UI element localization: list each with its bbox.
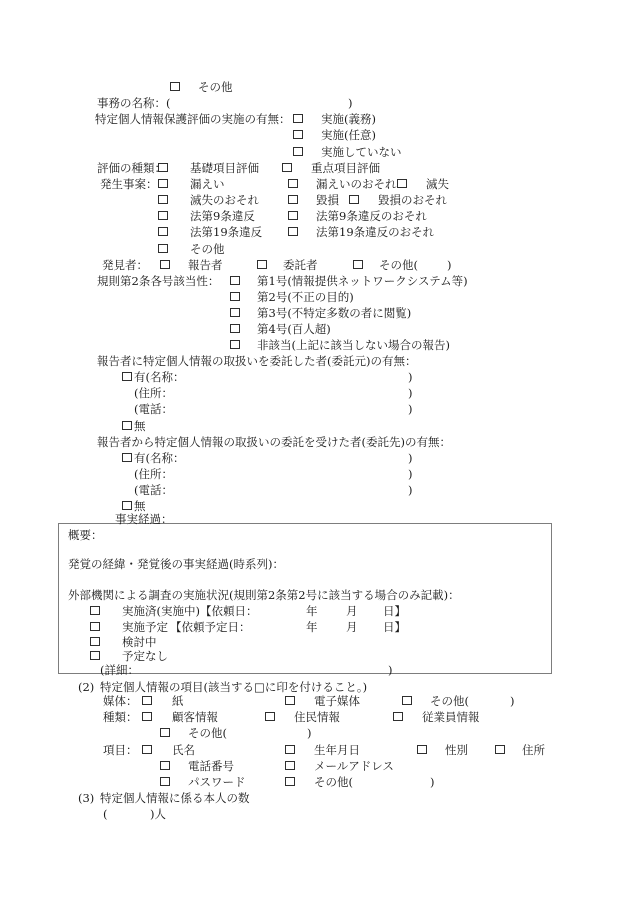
box-inv-done: 実施済(実施中)【依頼日：年月日】 xyxy=(0,604,630,618)
item-row1-text: 氏名 xyxy=(172,743,195,757)
checkbox-icon[interactable] xyxy=(158,227,168,236)
checkbox-icon[interactable] xyxy=(265,712,275,721)
incident-type-row1: 発生事案：漏えい漏えいのおそれ滅失 xyxy=(0,177,630,191)
discoverer-text: 報告者 xyxy=(188,258,223,272)
incident-report-form-page: その他事務の名称：()特定個人情報保護評価の実施の有無：実施(義務)実施(任意)… xyxy=(0,0,630,903)
incident-type-row2: 滅失のおそれ毀損毀損のおそれ xyxy=(0,193,630,207)
entrustee-no-text: 無 xyxy=(134,499,146,513)
incident-type-row1-text: 漏えい xyxy=(190,177,225,191)
checkbox-icon[interactable] xyxy=(158,195,168,204)
entrustee-yes-name-text: 有(名称： xyxy=(134,451,185,465)
box-discovery-history-text: 発覚の経緯・発覚後の事実経過(時系列)： xyxy=(68,557,284,571)
entruster-address-text: ) xyxy=(408,386,413,400)
discoverer-text: 委託者 xyxy=(283,258,318,272)
evaluation-type-text: 評価の種類： xyxy=(97,161,166,175)
box-inv-considering-text: 検討中 xyxy=(122,635,157,649)
media-row-text: ) xyxy=(510,694,515,708)
subject-count-text: )人 xyxy=(150,807,166,821)
box-inv-considering: 検討中 xyxy=(0,635,630,649)
evaluation-type-text: 重点項目評価 xyxy=(311,161,380,175)
ppe-implementation-none: 実施していない xyxy=(0,145,630,159)
ppe-implementation-mandatory: 特定個人情報保護評価の実施の有無：実施(義務) xyxy=(0,112,630,126)
subject-count-text: ( xyxy=(103,807,108,821)
rule2-applicability-2-text: 第2号(不正の目的) xyxy=(257,290,354,304)
rule2-applicability-3: 第3号(不特定多数の者に閲覧) xyxy=(0,306,630,320)
type-other-row-text: その他( xyxy=(188,726,227,740)
type-other-row: その他() xyxy=(0,726,630,740)
entrustee-address-text: (住所： xyxy=(134,467,173,481)
checkbox-icon[interactable] xyxy=(90,622,100,631)
checkbox-icon[interactable] xyxy=(122,501,132,510)
checkbox-icon[interactable] xyxy=(158,211,168,220)
entrustee-yes-name: 有(名称：) xyxy=(0,451,630,465)
box-inv-detail-text: ) xyxy=(388,663,393,677)
entrustee-heading: 報告者から特定個人情報の取扱いの委託を受けた者(委託先)の有無： xyxy=(0,435,630,449)
checkbox-icon[interactable] xyxy=(397,179,407,188)
type-row-text: 従業員情報 xyxy=(422,710,480,724)
checkbox-icon[interactable] xyxy=(158,179,168,188)
incident-type-row4-text: 法第19条違反のおそれ xyxy=(316,225,434,239)
checkbox-icon[interactable] xyxy=(288,227,298,236)
ppe-implementation-mandatory-text: 特定個人情報保護評価の実施の有無： xyxy=(95,112,291,126)
section3-heading-text: (3) xyxy=(78,791,94,805)
incident-type-row1-text: 滅失 xyxy=(426,177,449,191)
checkbox-icon[interactable] xyxy=(142,712,152,721)
rule2-applicability-1: 規則第2条各号該当性：第1号(情報提供ネットワークシステム等) xyxy=(0,274,630,288)
office-name-text: ) xyxy=(348,96,353,110)
checkbox-icon[interactable] xyxy=(90,606,100,615)
media-row-text: その他( xyxy=(430,694,469,708)
checkbox-icon[interactable] xyxy=(142,745,152,754)
entruster-address: (住所：) xyxy=(0,386,630,400)
checkbox-icon[interactable] xyxy=(122,372,132,381)
checkbox-icon[interactable] xyxy=(495,745,505,754)
entruster-phone-text: (電話： xyxy=(134,402,173,416)
checkbox-icon[interactable] xyxy=(230,292,240,301)
prev-section-other: その他 xyxy=(0,80,630,94)
box-inv-planned-text: 年 xyxy=(306,620,318,634)
media-row-text: 電子媒体 xyxy=(314,694,360,708)
section3-heading-text: 特定個人情報に係る本人の数 xyxy=(100,791,250,805)
checkbox-icon[interactable] xyxy=(257,260,267,269)
rule2-applicability-2: 第2号(不正の目的) xyxy=(0,290,630,304)
rule2-applicability-4-text: 第4号(百人超) xyxy=(257,322,331,336)
box-inv-done-text: 年 xyxy=(306,604,318,618)
incident-type-row3-text: 法第9条違反のおそれ xyxy=(316,209,427,223)
incident-type-row2-text: 毀損のおそれ xyxy=(378,193,447,207)
checkbox-icon[interactable] xyxy=(122,453,132,462)
checkbox-icon[interactable] xyxy=(288,211,298,220)
incident-type-row3-text: 法第9条違反 xyxy=(190,209,255,223)
incident-type-row4-text: 法第19条違反 xyxy=(190,225,262,239)
entruster-phone: (電話：) xyxy=(0,402,630,416)
checkbox-icon[interactable] xyxy=(160,728,170,737)
checkbox-icon[interactable] xyxy=(160,777,170,786)
box-inv-planned-text: 実施予定 xyxy=(122,620,168,634)
office-name: 事務の名称：() xyxy=(0,96,630,110)
checkbox-icon[interactable] xyxy=(353,260,363,269)
checkbox-icon[interactable] xyxy=(402,696,412,705)
type-row: 種類：顧客情報住民情報従業員情報 xyxy=(0,710,630,724)
rule2-applicability-3-text: 第3号(不特定多数の者に閲覧) xyxy=(257,306,411,320)
box-inv-none-text: 予定なし xyxy=(122,649,168,663)
box-inv-planned-text: 【依頼予定日： xyxy=(170,620,251,634)
checkbox-icon[interactable] xyxy=(170,82,180,91)
item-row1: 項目：氏名生年月日性別住所 xyxy=(0,743,630,757)
item-row1-text: 生年月日 xyxy=(314,743,360,757)
item-row3-text: パスワード xyxy=(188,775,246,789)
box-inv-planned: 実施予定【依頼予定日：年月日】 xyxy=(0,620,630,634)
office-name-text: 事務の名称：( xyxy=(97,96,171,110)
ppe-implementation-mandatory-text: 実施(義務) xyxy=(321,112,376,126)
box-external-investigation-text: 外部機関による調査の実施状況(規則第2条第2号に該当する場合のみ記載)： xyxy=(68,588,460,602)
entruster-yes-name: 有(名称：) xyxy=(0,370,630,384)
item-row1-text: 項目： xyxy=(103,743,138,757)
checkbox-icon[interactable] xyxy=(293,114,303,123)
checkbox-icon[interactable] xyxy=(285,761,295,770)
box-inv-planned-text: 月 xyxy=(346,620,358,634)
subject-count: ()人 xyxy=(0,807,630,821)
checkbox-icon[interactable] xyxy=(417,745,427,754)
incident-type-row1-text: 漏えいのおそれ xyxy=(316,177,397,191)
entruster-heading: 報告者に特定個人情報の取扱いを委託した者(委託元)の有無： xyxy=(0,354,630,368)
item-row3-text: その他( xyxy=(314,775,353,789)
rule2-applicability-4: 第4号(百人超) xyxy=(0,322,630,336)
prev-section-other-text: その他 xyxy=(198,80,233,94)
entruster-heading-text: 報告者に特定個人情報の取扱いを委託した者(委託元)の有無： xyxy=(97,354,416,368)
fact-progress-label-text: 事実経過： xyxy=(115,512,173,526)
box-inv-planned-text: 日】 xyxy=(383,620,406,634)
evaluation-type-text: 基礎項目評価 xyxy=(190,161,259,175)
ppe-implementation-optional: 実施(任意) xyxy=(0,128,630,142)
entruster-yes-name-text: ) xyxy=(408,370,413,384)
entrustee-phone-text: ) xyxy=(408,483,413,497)
item-row2-text: 電話番号 xyxy=(188,759,234,773)
box-overview-text: 概要： xyxy=(68,528,103,542)
checkbox-icon[interactable] xyxy=(158,244,168,253)
checkbox-icon[interactable] xyxy=(293,147,303,156)
checkbox-icon[interactable] xyxy=(230,340,240,349)
rule2-applicability-1-text: 規則第2条各号該当性： xyxy=(97,274,219,288)
ppe-implementation-optional-text: 実施(任意) xyxy=(321,128,376,142)
checkbox-icon[interactable] xyxy=(288,179,298,188)
discoverer: 発見者：報告者委託者その他() xyxy=(0,258,630,272)
box-inv-detail-text: (詳細： xyxy=(100,663,139,677)
checkbox-icon[interactable] xyxy=(285,745,295,754)
incident-type-row4: 法第19条違反法第19条違反のおそれ xyxy=(0,225,630,239)
entrustee-yes-name-text: ) xyxy=(408,451,413,465)
checkbox-icon[interactable] xyxy=(288,195,298,204)
box-inv-done-text: 実施済(実施中)【依頼日： xyxy=(122,604,257,618)
incident-type-row3: 法第9条違反法第9条違反のおそれ xyxy=(0,209,630,223)
section2-heading-text: 特定個人情報の項目(該当する□に印を付けること。) xyxy=(100,680,367,694)
entrustee-phone-text: (電話： xyxy=(134,483,173,497)
checkbox-icon[interactable] xyxy=(90,651,100,660)
checkbox-icon[interactable] xyxy=(160,260,170,269)
rule2-applicability-na: 非該当(上記に該当しない場合の報告) xyxy=(0,338,630,352)
media-row-text: 紙 xyxy=(172,694,184,708)
discoverer-text: 発見者： xyxy=(102,258,148,272)
section2-heading-text: (2) xyxy=(78,680,94,694)
entrustee-heading-text: 報告者から特定個人情報の取扱いの委託を受けた者(委託先)の有無： xyxy=(97,435,451,449)
rule2-applicability-na-text: 非該当(上記に該当しない場合の報告) xyxy=(257,338,450,352)
discoverer-text: ) xyxy=(447,258,452,272)
ppe-implementation-none-text: 実施していない xyxy=(321,145,402,159)
media-row-text: 媒体： xyxy=(103,694,138,708)
item-row2-text: メールアドレス xyxy=(314,759,394,773)
box-inv-none: 予定なし xyxy=(0,649,630,663)
checkbox-icon[interactable] xyxy=(293,130,303,139)
checkbox-icon[interactable] xyxy=(160,761,170,770)
checkbox-icon[interactable] xyxy=(158,163,168,172)
section2-heading: (2)特定個人情報の項目(該当する□に印を付けること。) xyxy=(0,680,630,694)
item-row1-text: 性別 xyxy=(445,743,468,757)
section3-heading: (3)特定個人情報に係る本人の数 xyxy=(0,791,630,805)
item-row3: パスワードその他() xyxy=(0,775,630,789)
evaluation-type: 評価の種類：基礎項目評価重点項目評価 xyxy=(0,161,630,175)
checkbox-icon[interactable] xyxy=(230,276,240,285)
fact-progress-label: 事実経過： xyxy=(0,512,630,526)
entrustee-phone: (電話：) xyxy=(0,483,630,497)
box-external-investigation: 外部機関による調査の実施状況(規則第2条第2号に該当する場合のみ記載)： xyxy=(0,588,630,602)
entruster-no: 無 xyxy=(0,419,630,433)
checkbox-icon[interactable] xyxy=(230,308,240,317)
incident-type-row5-text: その他 xyxy=(190,242,225,256)
type-row-text: 種類： xyxy=(103,710,138,724)
type-row-text: 顧客情報 xyxy=(172,710,218,724)
incident-type-row2-text: 毀損 xyxy=(316,193,339,207)
entrustee-address: (住所：) xyxy=(0,467,630,481)
item-row2: 電話番号メールアドレス xyxy=(0,759,630,773)
checkbox-icon[interactable] xyxy=(90,637,100,646)
type-row-text: 住民情報 xyxy=(294,710,340,724)
incident-type-row5: その他 xyxy=(0,242,630,256)
box-discovery-history: 発覚の経緯・発覚後の事実経過(時系列)： xyxy=(0,557,630,571)
rule2-applicability-1-text: 第1号(情報提供ネットワークシステム等) xyxy=(257,274,468,288)
item-row3-text: ) xyxy=(430,775,435,789)
box-overview: 概要： xyxy=(0,528,630,542)
checkbox-icon[interactable] xyxy=(393,712,403,721)
incident-type-row1-text: 発生事案： xyxy=(100,177,158,191)
entruster-phone-text: ) xyxy=(408,402,413,416)
box-inv-done-text: 日】 xyxy=(383,604,406,618)
type-other-row-text: ) xyxy=(307,726,312,740)
box-inv-done-text: 月 xyxy=(346,604,358,618)
checkbox-icon[interactable] xyxy=(142,696,152,705)
discoverer-text: その他( xyxy=(379,258,418,272)
media-row: 媒体：紙電子媒体その他() xyxy=(0,694,630,708)
box-inv-detail: (詳細：) xyxy=(0,663,630,677)
checkbox-icon[interactable] xyxy=(122,421,132,430)
entruster-address-text: (住所： xyxy=(134,386,173,400)
checkbox-icon[interactable] xyxy=(285,696,295,705)
checkbox-icon[interactable] xyxy=(282,163,292,172)
checkbox-icon[interactable] xyxy=(230,324,240,333)
item-row1-text: 住所 xyxy=(522,743,545,757)
entrustee-address-text: ) xyxy=(408,467,413,481)
checkbox-icon[interactable] xyxy=(349,195,359,204)
checkbox-icon[interactable] xyxy=(285,777,295,786)
entruster-yes-name-text: 有(名称： xyxy=(134,370,185,384)
entruster-no-text: 無 xyxy=(134,419,146,433)
incident-type-row2-text: 滅失のおそれ xyxy=(190,193,259,207)
entrustee-no: 無 xyxy=(0,499,630,513)
